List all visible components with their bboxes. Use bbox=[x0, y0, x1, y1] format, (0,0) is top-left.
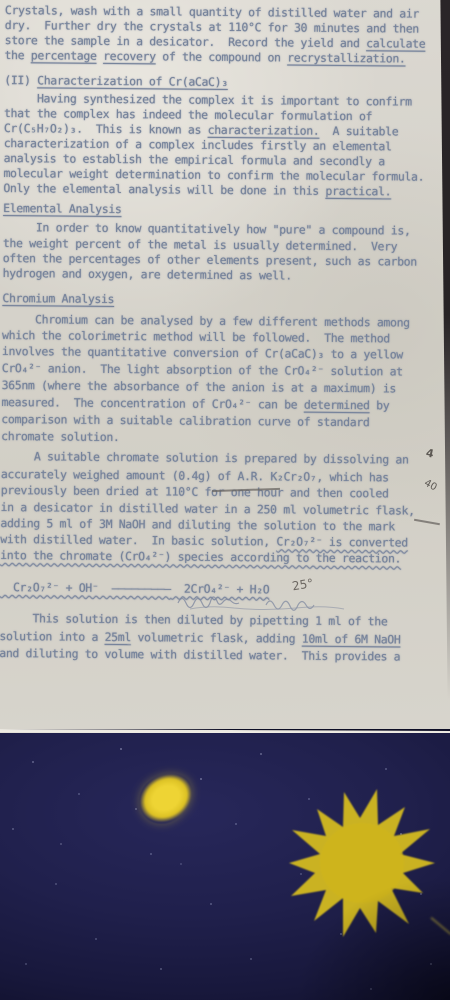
text-run: (II) bbox=[4, 73, 37, 87]
document-line: measured. The concentration of CrO₄²⁻ ca… bbox=[1, 395, 389, 412]
document-line: adding 5 ml of 3M NaOH and diluting the … bbox=[0, 516, 395, 533]
document-line: Only the elemental analysis will be done… bbox=[3, 181, 391, 198]
text-run: volumetric flask, adding bbox=[131, 630, 302, 645]
document-line: solution into a 25ml volumetric flask, a… bbox=[0, 629, 401, 646]
text-run: Cr₂O₇²⁻ + OH⁻ bbox=[0, 580, 112, 595]
document-line: previously been dried at 110°C for one h… bbox=[1, 483, 389, 500]
text-run: in a desicator in distilled water in a 2… bbox=[1, 500, 415, 518]
text-run: recrystallization. bbox=[287, 51, 405, 66]
text-run: of the compound on bbox=[156, 49, 288, 64]
text-run: measured. The concentration of CrO₄²⁻ ca… bbox=[1, 395, 304, 412]
text-run: Only the elemental analysis will be done… bbox=[3, 181, 325, 198]
text-run: percentage bbox=[31, 48, 97, 63]
text-run: into the chromate (CrO₄²⁻) species accor… bbox=[0, 548, 401, 565]
text-run: Chromium Analysis bbox=[2, 291, 114, 306]
text-run: A suitable bbox=[319, 124, 398, 139]
document-line: Chromium Analysis bbox=[2, 291, 114, 306]
text-run: Elemental Analysis bbox=[3, 201, 121, 216]
document-text: Crystals, wash with a small quantity of … bbox=[0, 0, 450, 733]
text-run: which the colorimetric method will be fo… bbox=[2, 328, 390, 345]
text-run: Chromium can be analysed by a few differ… bbox=[2, 312, 410, 330]
document-line: which the colorimetric method will be fo… bbox=[2, 328, 390, 345]
document-line: comparison with a suitable calibration c… bbox=[1, 412, 369, 429]
text-run: hydrogen and oxygen, are determined as w… bbox=[3, 266, 292, 283]
text-run: Cr(C₅H₇O₂)₃. This is known as bbox=[4, 121, 208, 137]
text-run: the bbox=[4, 48, 30, 62]
text-run: In order to know quantitatively how "pur… bbox=[3, 220, 411, 238]
text-run: characterization. bbox=[208, 123, 320, 138]
document-line: (II) Characterization of Cr(aCaC)₃ bbox=[4, 73, 228, 89]
document-line: in a desicator in distilled water in a 2… bbox=[1, 500, 415, 518]
text-run: practical. bbox=[325, 184, 391, 199]
document-line: hydrogen and oxygen, are determined as w… bbox=[3, 266, 292, 283]
corner-shadow bbox=[250, 840, 450, 1000]
document-line: Chromium can be analysed by a few differ… bbox=[2, 312, 410, 330]
document-line: with distilled water. In basic solution,… bbox=[0, 532, 408, 550]
text-run: chromate solution. bbox=[1, 429, 119, 444]
text-run: 365nm (where the absorbance of the anion… bbox=[2, 378, 397, 395]
text-run: 10ml of 6M NaOH bbox=[302, 632, 401, 647]
text-run: CrO₄²⁻ anion. The light absorption of th… bbox=[2, 361, 403, 378]
document-line: CrO₄²⁻ anion. The light absorption of th… bbox=[2, 361, 403, 378]
document-line: into the chromate (CrO₄²⁻) species accor… bbox=[0, 548, 401, 565]
text-run: accurately weighed amount (0.4g) of A.R.… bbox=[1, 467, 389, 484]
text-run: by bbox=[370, 398, 390, 412]
document-line: accurately weighed amount (0.4g) of A.R.… bbox=[1, 467, 389, 484]
handwritten-scribble bbox=[170, 585, 360, 617]
text-run: solution into a bbox=[0, 629, 105, 644]
text-run: involves the quantitative conversion of … bbox=[2, 344, 403, 361]
text-run: A suitable chromate solution is prepared… bbox=[1, 449, 409, 467]
text-run: comparison with a suitable calibration c… bbox=[1, 412, 369, 429]
document-page: Crystals, wash with a small quantity of … bbox=[0, 0, 450, 729]
document-line: A suitable chromate solution is prepared… bbox=[1, 449, 409, 467]
text-run: ————————— bbox=[112, 581, 171, 596]
text-run: calculate bbox=[366, 36, 425, 51]
fabric-lint-speckles bbox=[0, 733, 2, 735]
document-line: chromate solution. bbox=[1, 429, 119, 444]
moon-shape bbox=[130, 764, 202, 833]
text-run: Characterization of Cr(aCaC)₃ bbox=[37, 73, 228, 89]
document-line: 365nm (where the absorbance of the anion… bbox=[2, 378, 397, 395]
photo-of-document: Crystals, wash with a small quantity of … bbox=[0, 0, 450, 1000]
text-run: 25ml bbox=[105, 630, 131, 644]
document-line: Elemental Analysis bbox=[3, 201, 121, 216]
fabric-background bbox=[0, 733, 450, 1000]
text-run: recovery bbox=[103, 49, 156, 63]
text-run: Cr₂O₇²⁻ is converted bbox=[276, 534, 408, 549]
document-line: the percentage recovery of the compound … bbox=[4, 48, 405, 65]
text-run: with distilled water. In basic solution, bbox=[0, 532, 276, 548]
document-line: In order to know quantitatively how "pur… bbox=[3, 220, 411, 238]
text-run: previously been dried at 110°C for one h… bbox=[1, 483, 389, 500]
document-line: involves the quantitative conversion of … bbox=[2, 344, 403, 361]
text-run: adding 5 ml of 3M NaOH and diluting the … bbox=[0, 516, 395, 533]
text-run: and diluting to volume with distilled wa… bbox=[0, 646, 400, 663]
document-line: and diluting to volume with distilled wa… bbox=[0, 646, 400, 663]
text-run: determined bbox=[304, 398, 370, 413]
